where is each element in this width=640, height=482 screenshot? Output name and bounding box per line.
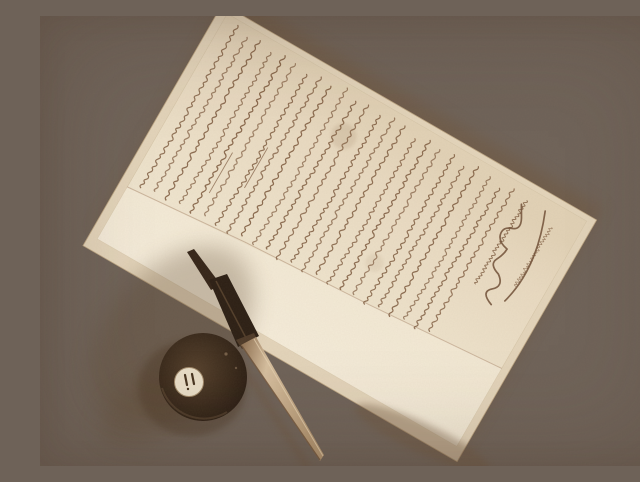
vignette (40, 16, 640, 466)
photo: A handwritten letter in brown cursive in… (40, 16, 640, 466)
